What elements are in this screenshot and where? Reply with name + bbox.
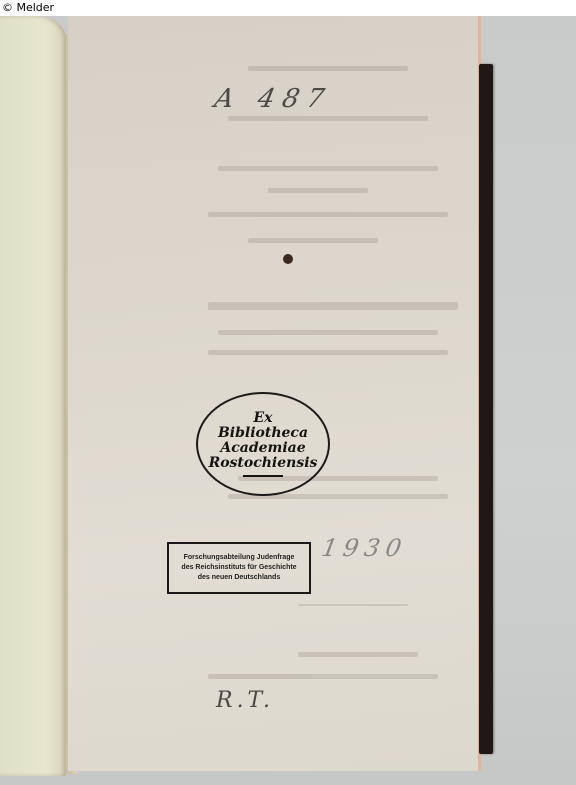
paper-hole bbox=[283, 254, 293, 264]
faint-rule bbox=[298, 604, 408, 606]
faint-print-line bbox=[218, 330, 438, 335]
stamp-line: Forschungsabteilung Judenfrage bbox=[184, 553, 295, 563]
stamp-line: Rostochiensis bbox=[209, 456, 318, 471]
faint-print-line bbox=[208, 350, 448, 355]
left-page bbox=[0, 16, 66, 776]
handwritten-year: 1930 bbox=[320, 534, 410, 562]
stamp-line: des Reichsinstituts für Geschichte bbox=[181, 563, 296, 573]
book-spine bbox=[479, 64, 493, 754]
stamp-line: Bibliotheca bbox=[218, 426, 308, 441]
stamp-line: des neuen Deutschlands bbox=[198, 573, 280, 583]
faint-print-line bbox=[208, 212, 448, 217]
faint-print-line bbox=[268, 188, 368, 193]
faint-print-line bbox=[248, 238, 378, 243]
copyright-caption: © Melder bbox=[0, 0, 576, 16]
faint-print-line bbox=[248, 66, 408, 71]
handwritten-shelf-mark: A 487 bbox=[212, 84, 335, 114]
stamp-rule bbox=[243, 475, 283, 477]
book-photo: A 487 Ex Bibliotheca Academiae Rostochie… bbox=[0, 16, 576, 785]
library-oval-stamp: Ex Bibliotheca Academiae Rostochiensis bbox=[196, 392, 330, 496]
faint-print-line bbox=[218, 166, 438, 171]
handwritten-initials: R.T. bbox=[216, 688, 274, 713]
institute-rect-stamp: Forschungsabteilung Judenfrage des Reich… bbox=[167, 542, 311, 594]
faint-print-line bbox=[208, 302, 458, 310]
faint-print-line bbox=[298, 652, 418, 657]
stamp-line: Academiae bbox=[220, 441, 305, 456]
faint-print-line bbox=[208, 674, 438, 679]
faint-print-line bbox=[228, 116, 428, 121]
stamp-line: Ex bbox=[253, 411, 272, 426]
